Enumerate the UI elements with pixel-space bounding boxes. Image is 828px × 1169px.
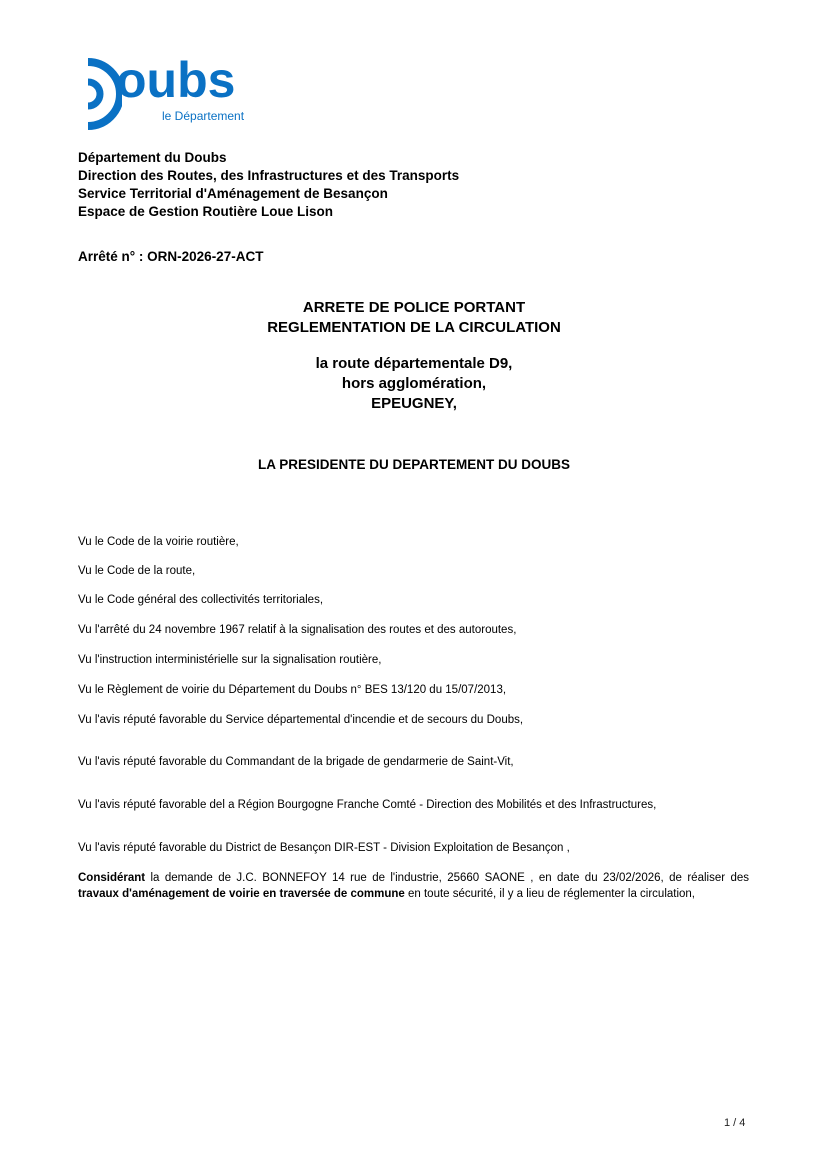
logo-subtitle: le Département [162,109,244,123]
visa-item: Vu le Code de la route, [78,565,195,577]
title-line-2: REGLEMENTATION DE LA CIRCULATION [0,318,828,338]
visa-item: Vu l'avis réputé favorable del a Région … [78,799,656,811]
issuing-authority-block: Département du Doubs Direction des Route… [78,149,459,221]
visa-item: Vu l'avis réputé favorable du Commandant… [78,756,514,768]
service-line: Service Territorial d'Aménagement de Bes… [78,185,459,203]
title-line-1: ARRETE DE POLICE PORTANT [0,298,828,318]
considerant-text-2: en toute sécurité, il y a lieu de réglem… [405,888,695,900]
doubs-logo: oubs le Département [86,58,256,130]
direction-line: Direction des Routes, des Infrastructure… [78,167,459,185]
visa-item: Vu le Règlement de voirie du Département… [78,684,506,696]
visa-item: Vu l'arrêté du 24 novembre 1967 relatif … [78,624,516,636]
department-line: Département du Doubs [78,149,459,167]
considerant-paragraph: Considérant la demande de J.C. BONNEFOY … [78,871,749,902]
zone-line: hors agglomération, [0,374,828,394]
visa-item: Vu le Code de la voirie routière, [78,536,239,548]
visa-item: Vu l'instruction interministérielle sur … [78,654,381,666]
commune-line: EPEUGNEY, [0,394,828,414]
considerant-lead: Considérant [78,872,145,884]
visa-item: Vu l'avis réputé favorable du Service dé… [78,714,523,726]
document-title: ARRETE DE POLICE PORTANT REGLEMENTATION … [0,298,828,338]
visa-item: Vu l'avis réputé favorable du District d… [78,842,570,854]
considerant-text-1: la demande de J.C. BONNEFOY 14 rue de l'… [145,872,749,884]
considerant-works: travaux d'aménagement de voirie en trave… [78,888,405,900]
road-line: la route départementale D9, [0,354,828,374]
location-title: la route départementale D9, hors agglomé… [0,354,828,414]
page-number: 1 / 4 [724,1117,745,1129]
visa-item: Vu le Code général des collectivités ter… [78,594,323,606]
logo-wordmark: oubs [116,50,235,110]
authority-heading: LA PRESIDENTE DU DEPARTEMENT DU DOUBS [0,457,828,472]
espace-line: Espace de Gestion Routière Loue Lison [78,203,459,221]
arrete-number: Arrêté n° : ORN-2026-27-ACT [78,249,263,264]
